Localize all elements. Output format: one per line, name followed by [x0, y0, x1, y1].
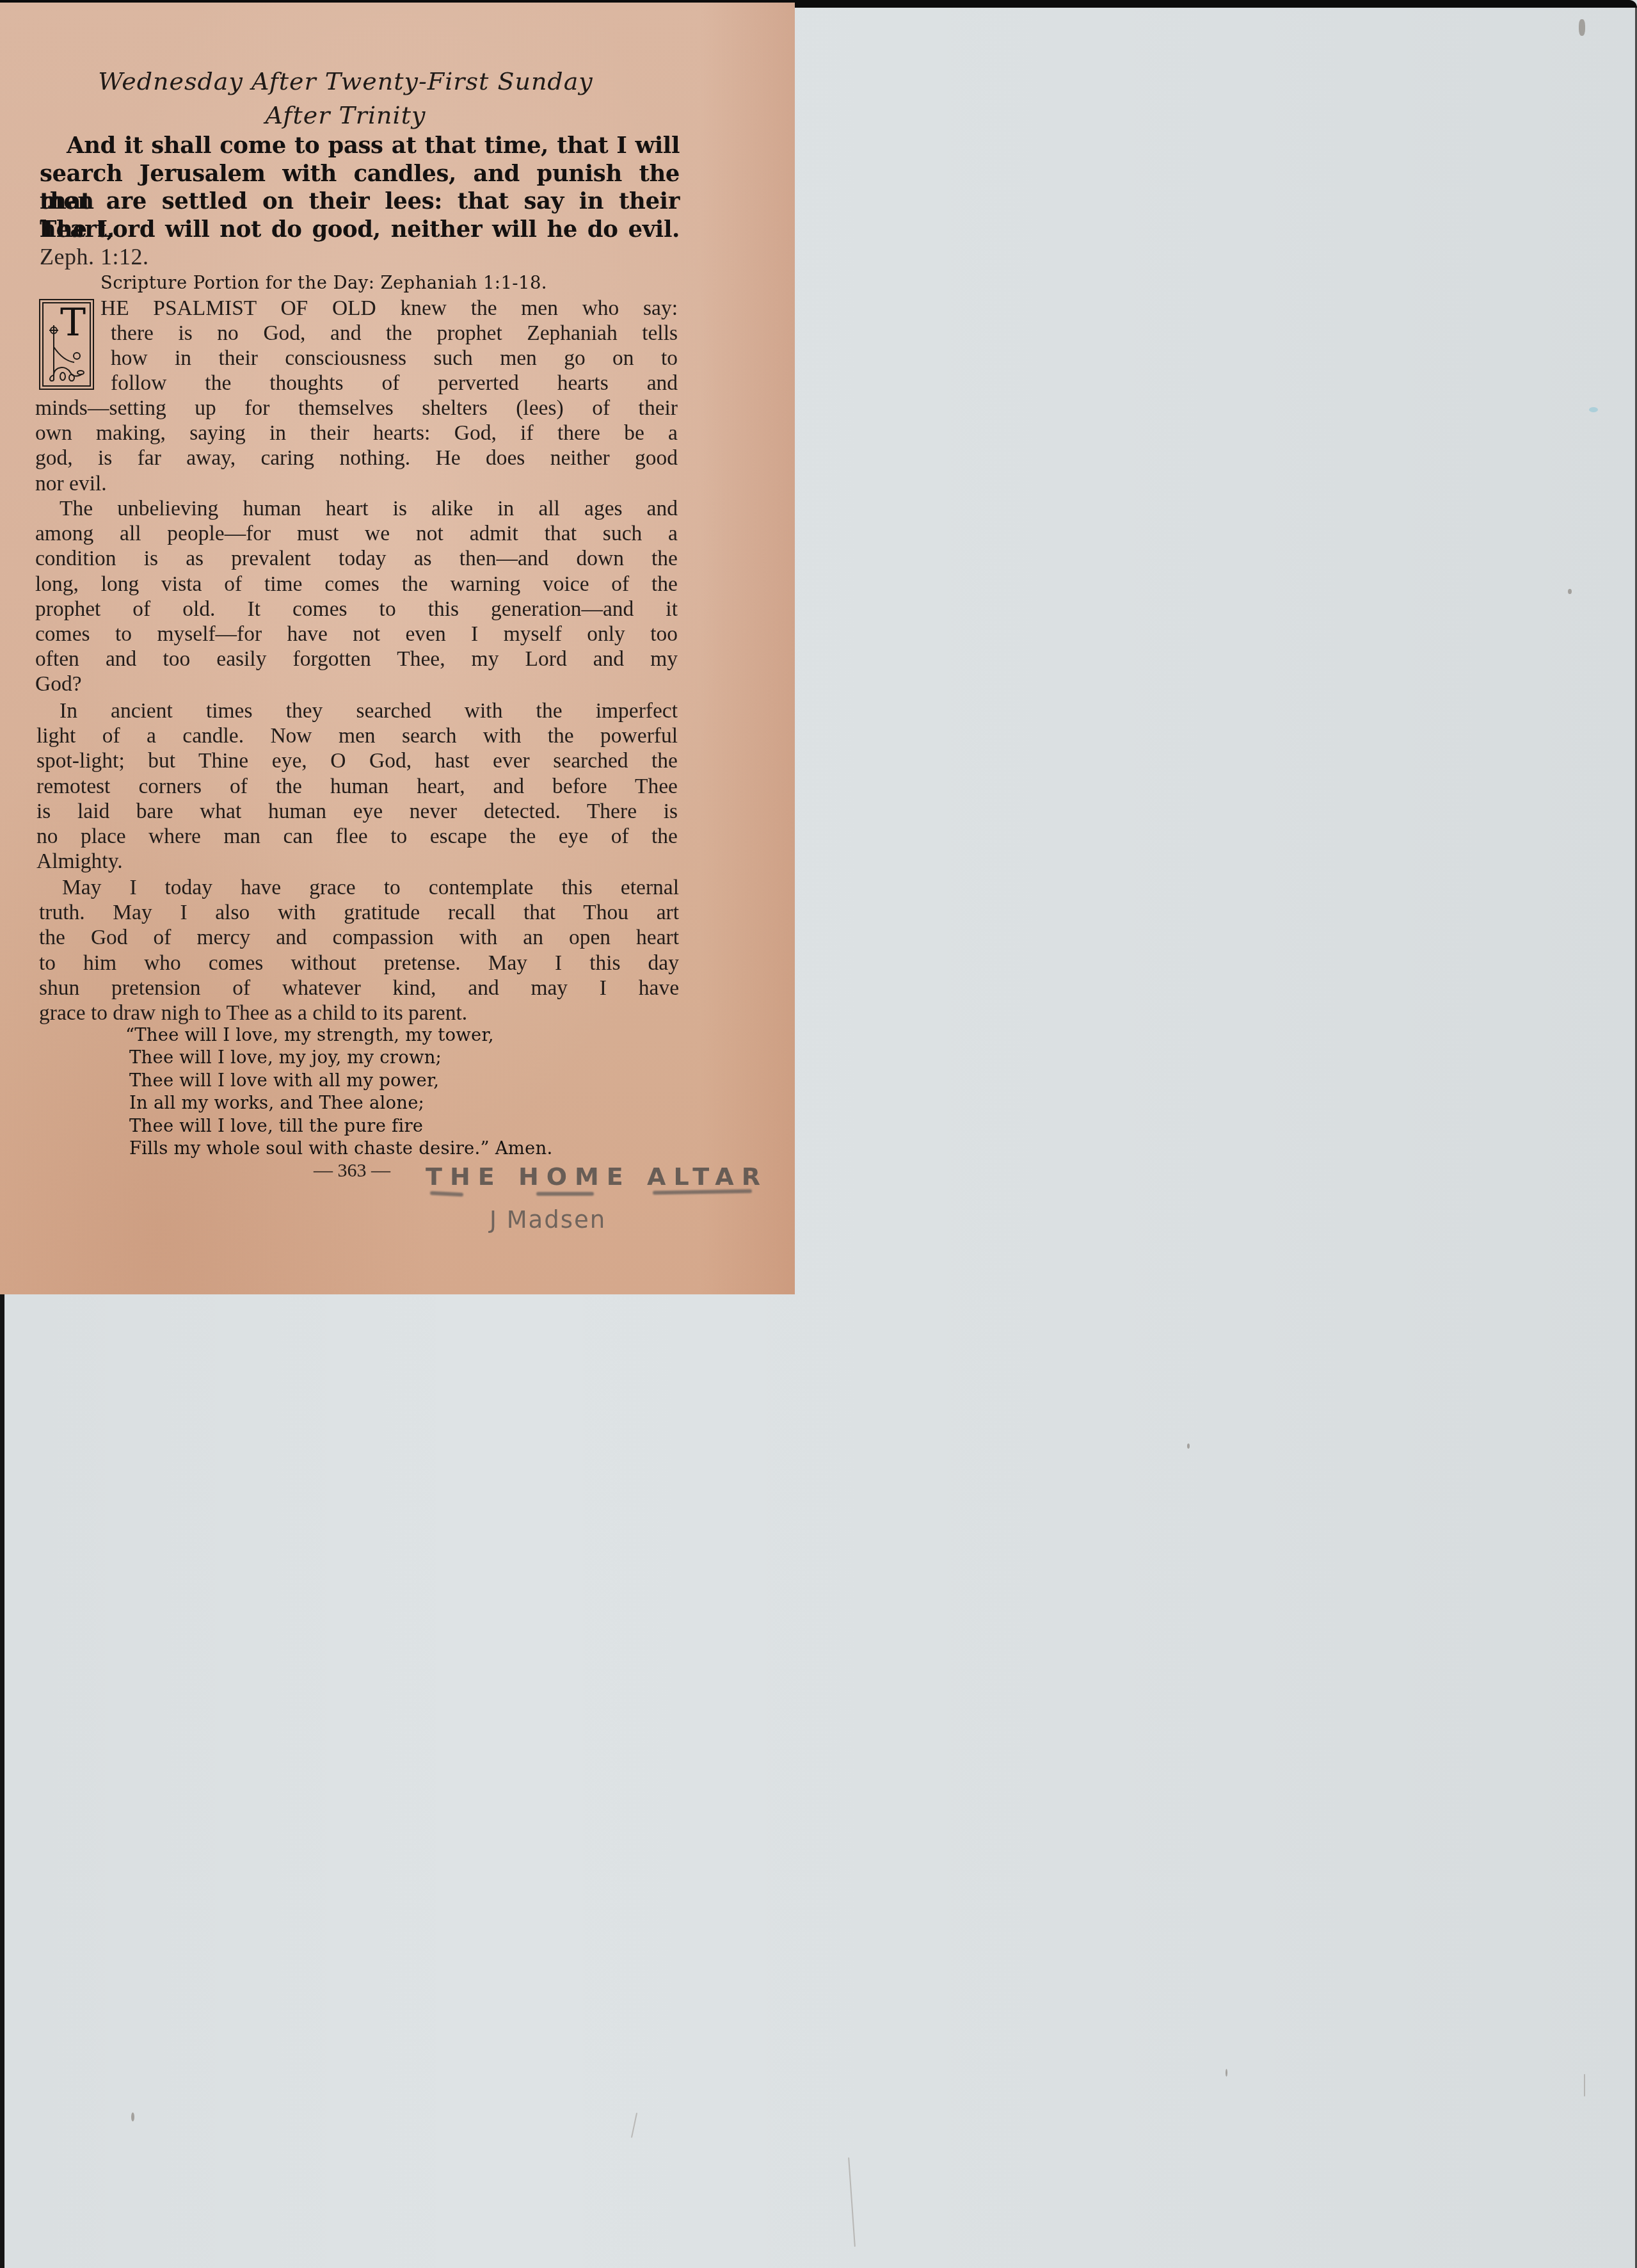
paragraph-line: is laid bare what human eye never detect… [36, 799, 678, 824]
paragraph-line: light of a candle. Now men search with t… [36, 723, 678, 748]
paragraph-line: comes to myself—for have not even I myse… [35, 622, 678, 647]
paragraph-line: grace to draw nigh to Thee as a child to… [39, 1001, 679, 1025]
paragraph-line: shun pretension of whatever kind, and ma… [39, 976, 679, 1001]
paragraph-1-indented-cont: there is no God, and the prophet Zephani… [111, 321, 678, 396]
devotion-subtitle: After Trinity [0, 101, 691, 131]
paragraph-4: May I today have grace to contemplate th… [39, 875, 679, 1025]
paragraph-1-indented: HE PSALMIST OF OLD knew the men who say: [100, 296, 678, 321]
hymn-stanza: “Thee will I love, my strength, my tower… [129, 1024, 552, 1160]
verse-line: search Jerusalem with candles, and punis… [40, 160, 680, 188]
scripture-portion: Scripture Portion for the Day: Zephaniah… [100, 272, 547, 294]
devotional-clipping: Wednesday After Twenty-First Sunday Afte… [0, 3, 795, 1294]
pencil-underline [430, 1191, 463, 1197]
paragraph-line: truth. May I also with gratitude recall … [39, 900, 679, 925]
paragraph-line: long, long vista of time comes the warni… [35, 572, 678, 597]
paragraph-line: god, is far away, caring nothing. He doe… [35, 446, 678, 470]
dust-speck [1568, 589, 1572, 594]
hymn-line: Thee will I love, my joy, my crown; [129, 1047, 552, 1069]
dust-speck [1226, 2069, 1227, 2077]
paragraph-line: May I today have grace to contemplate th… [39, 875, 679, 900]
pencil-underline [653, 1189, 752, 1195]
paragraph-line: Almighty. [36, 849, 678, 874]
hymn-line: Thee will I love with all my power, [129, 1070, 552, 1092]
verse-line: And it shall come to pass at that time, … [40, 132, 680, 160]
drop-cap: T [39, 299, 94, 390]
hymn-line: Thee will I love, till the pure fire [129, 1115, 552, 1138]
paragraph-line: no place where man can flee to escape th… [36, 824, 678, 849]
floral-ornament-icon [47, 316, 86, 387]
paragraph-line: prophet of old. It comes to this generat… [35, 597, 678, 622]
paragraph-line: the God of mercy and compassion with an … [39, 925, 679, 950]
paragraph-line: to him who comes without pretense. May I… [39, 951, 679, 976]
devotion-title: Wednesday After Twenty-First Sunday [0, 67, 691, 97]
dust-speck [1579, 19, 1585, 36]
paragraph-line: how in their consciousness such men go o… [111, 346, 678, 371]
page-number: — 363 — [314, 1160, 390, 1182]
paragraph-line: remotest corners of the human heart, and… [36, 774, 678, 799]
paragraph-line: In ancient times they searched with the … [36, 698, 678, 723]
hymn-line: Fills my whole soul with chaste desire.”… [129, 1138, 552, 1160]
paragraph-line: own making, saying in their hearts: God,… [35, 421, 678, 446]
scanner-left-edge [0, 1294, 4, 2268]
paragraph-line: condition is as prevalent today as then—… [35, 546, 678, 571]
paragraph-line: there is no God, and the prophet Zephani… [111, 321, 678, 346]
scripture-verse: And it shall come to pass at that time, … [40, 132, 680, 243]
verse-reference: Zeph. 1:12. [40, 244, 148, 269]
paragraph-3: In ancient times they searched with the … [36, 698, 678, 874]
paragraph-line: spot-light; but Thine eye, O God, hast e… [36, 748, 678, 773]
dust-streak [1584, 2074, 1585, 2096]
dust-speck [131, 2112, 134, 2121]
paragraph-line: nor evil. [35, 471, 678, 496]
paragraph-line: follow the thoughts of perverted hearts … [111, 371, 678, 396]
handwritten-signature: J Madsen [490, 1206, 606, 1234]
paragraph-1: minds—setting up for themselves shelters… [35, 396, 678, 496]
paragraph-line: minds—setting up for themselves shelters… [35, 396, 678, 421]
paragraph-line: The unbelieving human heart is alike in … [35, 496, 678, 521]
verse-line: The Lord will not do good, neither will … [40, 216, 680, 244]
dust-speck [1187, 1444, 1190, 1449]
paragraph-line: HE PSALMIST OF OLD knew the men who say: [100, 296, 678, 321]
hymn-line: In all my works, and Thee alone; [129, 1092, 552, 1114]
dust-speck [1589, 407, 1598, 412]
verse-line: that are settled on their lees: that say… [40, 188, 680, 216]
paragraph-line: often and too easily forgotten Thee, my … [35, 647, 678, 672]
hymn-line: “Thee will I love, my strength, my tower… [125, 1024, 552, 1047]
handwritten-book-title: THE HOME ALTAR [426, 1162, 768, 1191]
paragraph-line: among all people—for must we not admit t… [35, 521, 678, 546]
paragraph-line: God? [35, 672, 678, 696]
paragraph-2: The unbelieving human heart is alike in … [35, 496, 678, 697]
pencil-underline [536, 1192, 594, 1196]
